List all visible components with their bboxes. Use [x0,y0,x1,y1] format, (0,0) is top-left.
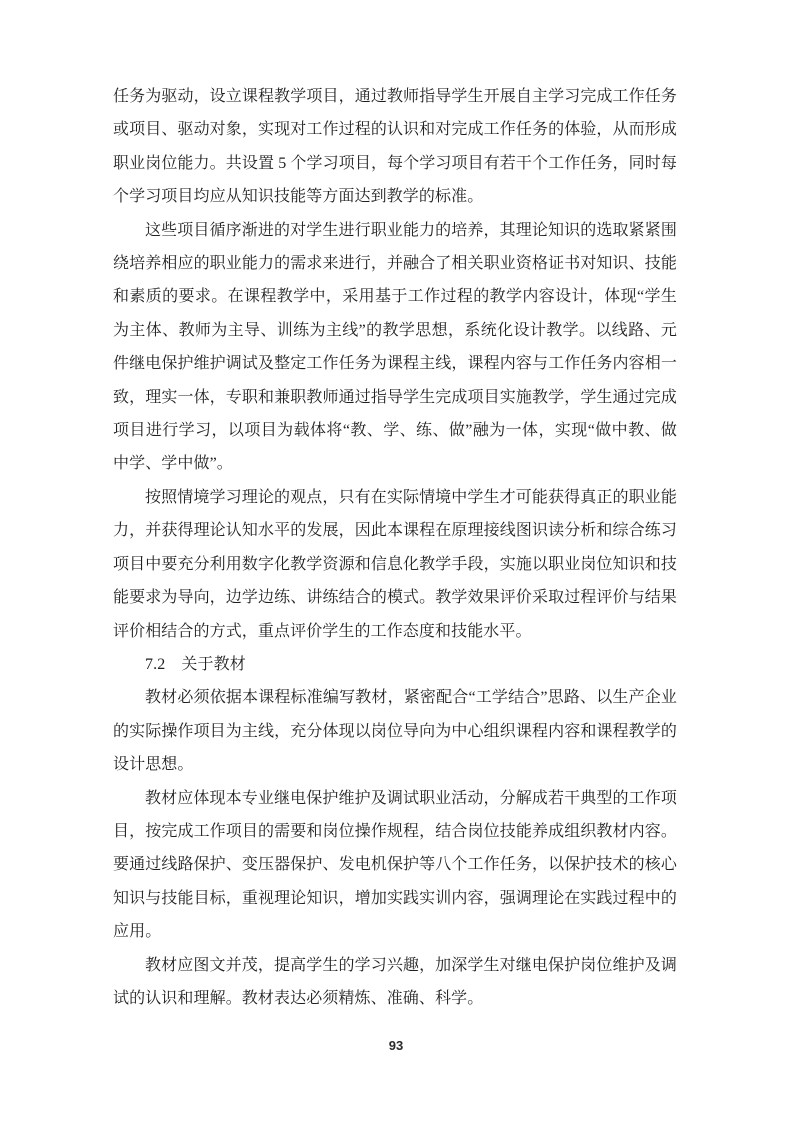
paragraph: 这些项目循序渐进的对学生进行职业能力的培养，其理论知识的选取紧紧围绕培养相应的职… [113,214,677,481]
page-content: 任务为驱动，设立课程教学项目，通过教师指导学生开展自主学习完成工作任务或项目、驱… [113,80,677,1015]
paragraph: 教材应体现本专业继电保护维护及调试职业活动，分解成若干典型的工作项目，按完成工作… [113,782,677,949]
paragraph: 按照情境学习理论的观点，只有在实际情境中学生才可能获得真正的职业能力，并获得理论… [113,481,677,648]
section-heading: 7.2 关于教材 [113,648,677,681]
page-number: 93 [0,1038,792,1054]
paragraph: 任务为驱动，设立课程教学项目，通过教师指导学生开展自主学习完成工作任务或项目、驱… [113,80,677,214]
paragraph: 教材必须依据本课程标准编写教材，紧密配合“工学结合”思路、以生产企业的实际操作项… [113,681,677,781]
paragraph: 教材应图文并茂，提高学生的学习兴趣，加深学生对继电保护岗位维护及调试的认识和理解… [113,949,677,1016]
document-page: 任务为驱动，设立课程教学项目，通过教师指导学生开展自主学习完成工作任务或项目、驱… [0,0,792,1122]
